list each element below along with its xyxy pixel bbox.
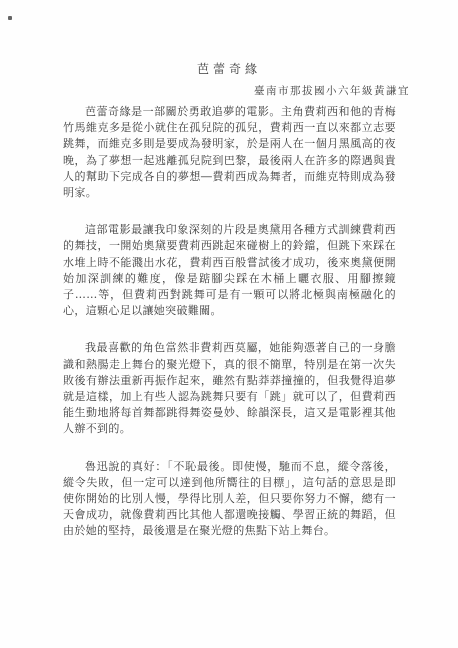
essay-byline: 臺南市那拔國小六年級黃謙宜 bbox=[0, 83, 410, 98]
document-page: 芭蕾奇緣 臺南市那拔國小六年級黃謙宜 芭蕾奇緣是一部關於勇敢追夢的電影。主角費莉… bbox=[0, 0, 458, 648]
essay-paragraph-4: 魯迅說的真好：「不恥最後。即使慢，馳而不息，縱令落後，縱令失敗，但一定可以達到他… bbox=[63, 459, 396, 540]
essay-paragraph-1: 芭蕾奇緣是一部關於勇敢追夢的電影。主角費莉西和他的青梅竹馬維克多是從小就住在孤兒… bbox=[63, 104, 396, 201]
essay-title: 芭蕾奇緣 bbox=[0, 0, 458, 77]
essay-body: 芭蕾奇緣是一部關於勇敢追夢的電影。主角費莉西和他的青梅竹馬維克多是從小就住在孤兒… bbox=[63, 104, 396, 561]
scan-artifact-dot bbox=[8, 16, 12, 20]
essay-paragraph-3: 我最喜歡的角色當然非費莉西莫屬，她能夠憑著自己的一身膽識和熱腸走上舞台的聚光燈下… bbox=[63, 340, 396, 437]
essay-paragraph-2: 這部電影最讓我印象深刻的片段是奧黛用各種方式訓練費莉西的舞技，一開始奧黛要費莉西… bbox=[63, 222, 396, 319]
